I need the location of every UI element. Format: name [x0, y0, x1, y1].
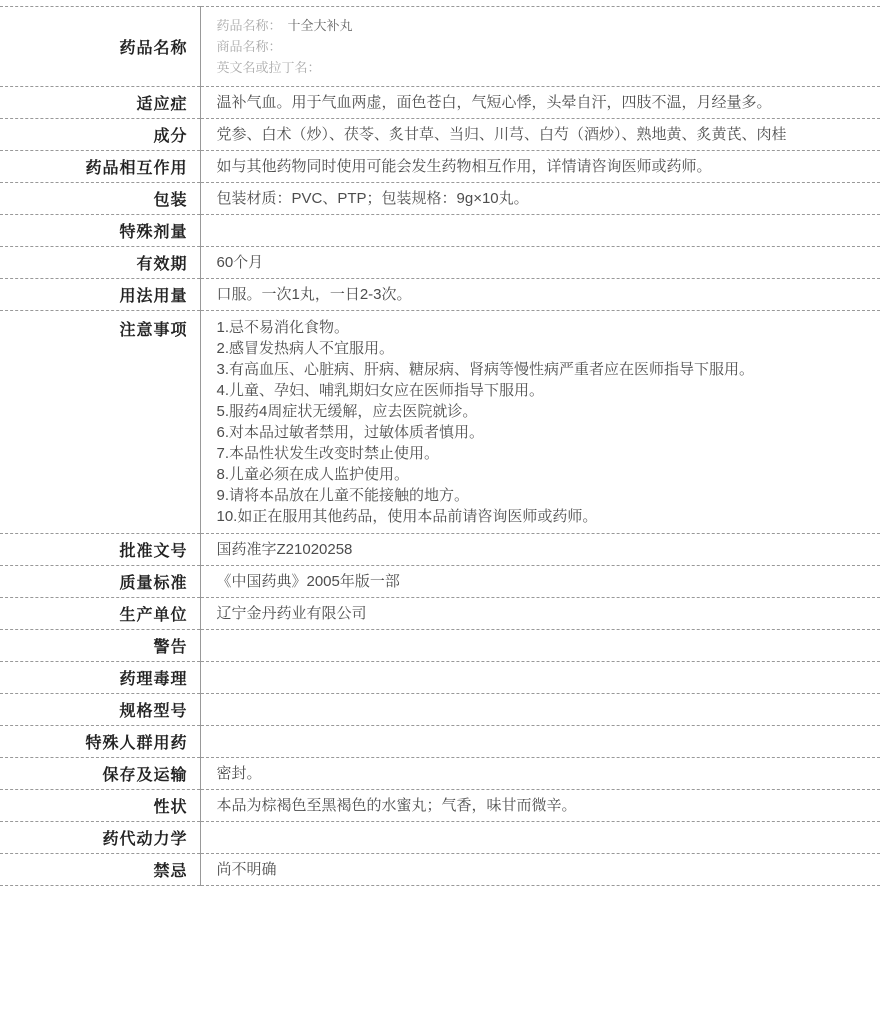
row-label: 用法用量	[0, 279, 200, 311]
table-row: 药品名称药品名称：十全大补丸商品名称：英文名或拉丁名：	[0, 7, 880, 87]
row-value	[200, 662, 880, 694]
row-value	[200, 630, 880, 662]
row-label: 保存及运输	[0, 758, 200, 790]
table-row: 适应症温补气血。用于气血两虚，面色苍白，气短心悸，头晕自汗，四肢不温，月经量多。	[0, 87, 880, 119]
note-item: 5.服药4周症状无缓解，应去医院就诊。	[217, 401, 867, 422]
row-value: 党参、白术（炒）、茯苓、炙甘草、当归、川芎、白芍（酒炒）、熟地黄、炙黄芪、肉桂	[200, 119, 880, 151]
note-item: 10.如正在服用其他药品，使用本品前请咨询医师或药师。	[217, 506, 867, 527]
drug-info-table-body: 药品名称药品名称：十全大补丸商品名称：英文名或拉丁名：适应症温补气血。用于气血两…	[0, 7, 880, 886]
row-label: 警告	[0, 630, 200, 662]
row-value: 药品名称：十全大补丸商品名称：英文名或拉丁名：	[200, 7, 880, 87]
table-row: 药品相互作用如与其他药物同时使用可能会发生药物相互作用，详情请咨询医师或药师。	[0, 151, 880, 183]
row-value: 密封。	[200, 758, 880, 790]
row-label: 有效期	[0, 247, 200, 279]
row-value: 本品为棕褐色至黑褐色的水蜜丸；气香，味甘而微辛。	[200, 790, 880, 822]
row-value	[200, 215, 880, 247]
table-row: 药理毒理	[0, 662, 880, 694]
row-label: 包装	[0, 183, 200, 215]
row-value	[200, 726, 880, 758]
table-row: 注意事项1.忌不易消化食物。2.感冒发热病人不宜服用。3.有高血压、心脏病、肝病…	[0, 311, 880, 534]
row-value: 包装材质：PVC、PTP；包装规格：9g×10丸。	[200, 183, 880, 215]
row-value: 口服。一次1丸，一日2-3次。	[200, 279, 880, 311]
note-item: 6.对本品过敏者禁用，过敏体质者慎用。	[217, 422, 867, 443]
row-value	[200, 694, 880, 726]
note-item: 4.儿童、孕妇、哺乳期妇女应在医师指导下服用。	[217, 380, 867, 401]
row-value: 尚不明确	[200, 854, 880, 886]
table-row: 特殊剂量	[0, 215, 880, 247]
row-label: 药理毒理	[0, 662, 200, 694]
note-item: 9.请将本品放在儿童不能接触的地方。	[217, 485, 867, 506]
name-key: 英文名或拉丁名：	[217, 60, 321, 75]
table-row: 用法用量口服。一次1丸，一日2-3次。	[0, 279, 880, 311]
row-label: 成分	[0, 119, 200, 151]
table-row: 质量标准《中国药典》2005年版一部	[0, 566, 880, 598]
name-line: 商品名称：	[217, 36, 867, 57]
table-row: 警告	[0, 630, 880, 662]
row-value: 温补气血。用于气血两虚，面色苍白，气短心悸，头晕自汗，四肢不温，月经量多。	[200, 87, 880, 119]
row-label: 规格型号	[0, 694, 200, 726]
table-row: 特殊人群用药	[0, 726, 880, 758]
table-row: 批准文号国药准字Z21020258	[0, 534, 880, 566]
row-label: 特殊剂量	[0, 215, 200, 247]
table-row: 包装包装材质：PVC、PTP；包装规格：9g×10丸。	[0, 183, 880, 215]
row-label: 适应症	[0, 87, 200, 119]
row-value: 如与其他药物同时使用可能会发生药物相互作用，详情请咨询医师或药师。	[200, 151, 880, 183]
row-value: 辽宁金丹药业有限公司	[200, 598, 880, 630]
row-label: 批准文号	[0, 534, 200, 566]
row-value: 60个月	[200, 247, 880, 279]
note-item: 3.有高血压、心脏病、肝病、糖尿病、肾病等慢性病严重者应在医师指导下服用。	[217, 359, 867, 380]
row-label: 药品名称	[0, 7, 200, 87]
row-label: 注意事项	[0, 311, 200, 534]
row-label: 质量标准	[0, 566, 200, 598]
row-label: 特殊人群用药	[0, 726, 200, 758]
name-line: 英文名或拉丁名：	[217, 57, 867, 78]
row-label: 生产单位	[0, 598, 200, 630]
table-row: 禁忌尚不明确	[0, 854, 880, 886]
row-value: 《中国药典》2005年版一部	[200, 566, 880, 598]
row-value	[200, 822, 880, 854]
row-label: 药品相互作用	[0, 151, 200, 183]
table-row: 成分党参、白术（炒）、茯苓、炙甘草、当归、川芎、白芍（酒炒）、熟地黄、炙黄芪、肉…	[0, 119, 880, 151]
name-line: 药品名称：十全大补丸	[217, 15, 867, 36]
drug-info-table: 药品名称药品名称：十全大补丸商品名称：英文名或拉丁名：适应症温补气血。用于气血两…	[0, 6, 880, 886]
row-value: 国药准字Z21020258	[200, 534, 880, 566]
note-item: 7.本品性状发生改变时禁止使用。	[217, 443, 867, 464]
table-row: 有效期60个月	[0, 247, 880, 279]
table-row: 性状本品为棕褐色至黑褐色的水蜜丸；气香，味甘而微辛。	[0, 790, 880, 822]
table-row: 规格型号	[0, 694, 880, 726]
table-row: 保存及运输密封。	[0, 758, 880, 790]
note-item: 2.感冒发热病人不宜服用。	[217, 338, 867, 359]
row-label: 性状	[0, 790, 200, 822]
table-row: 药代动力学	[0, 822, 880, 854]
row-label: 禁忌	[0, 854, 200, 886]
name-key: 药品名称：	[217, 18, 282, 33]
row-label: 药代动力学	[0, 822, 200, 854]
name-key: 商品名称：	[217, 39, 282, 54]
note-item: 1.忌不易消化食物。	[217, 317, 867, 338]
row-value: 1.忌不易消化食物。2.感冒发热病人不宜服用。3.有高血压、心脏病、肝病、糖尿病…	[200, 311, 880, 534]
table-row: 生产单位辽宁金丹药业有限公司	[0, 598, 880, 630]
note-item: 8.儿童必须在成人监护使用。	[217, 464, 867, 485]
name-value: 十全大补丸	[288, 18, 353, 33]
